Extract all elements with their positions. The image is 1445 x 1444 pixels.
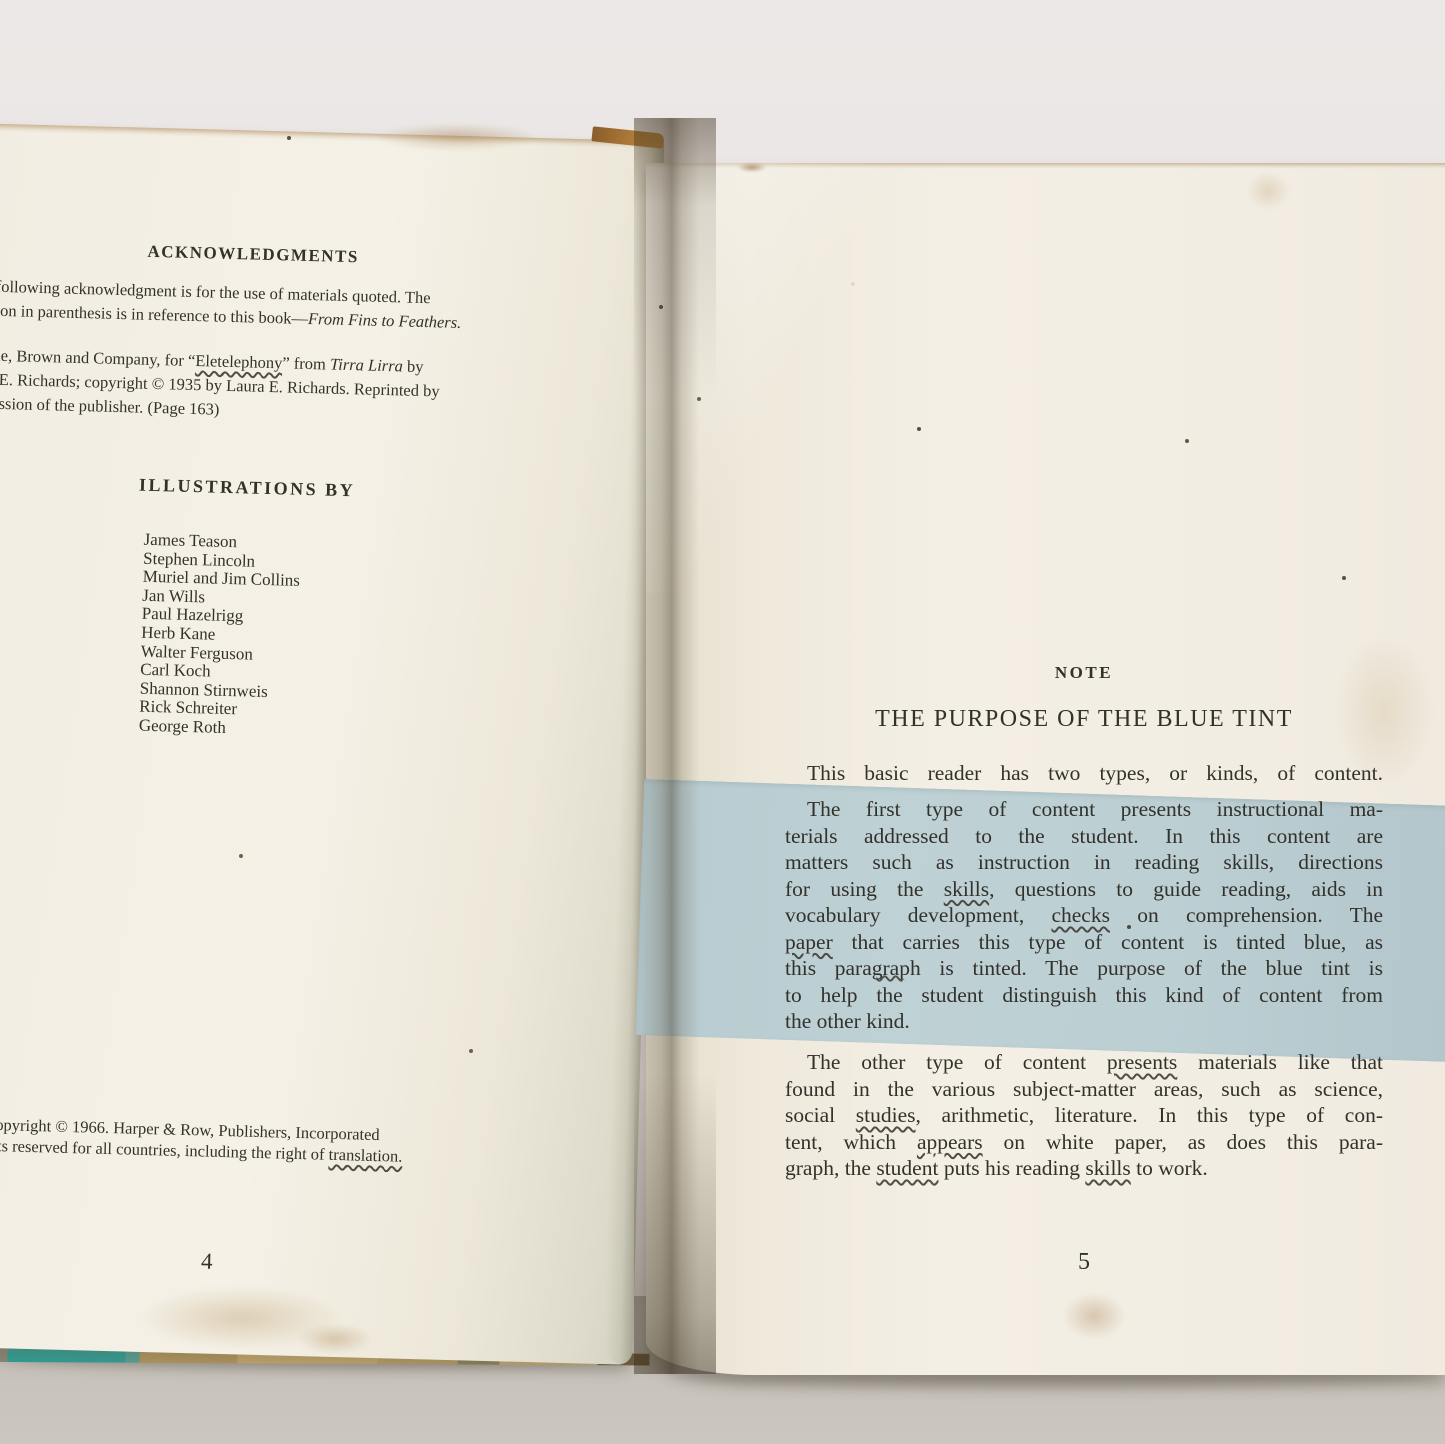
- text-segment: mission of the publisher. (Page 163): [0, 393, 220, 418]
- left-page: ACKNOWLEDGMENTS e following acknowledgme…: [0, 123, 664, 1364]
- text-line: found in the various subject-matter area…: [785, 1076, 1383, 1103]
- text-segment: by: [403, 356, 424, 376]
- text-line: this paragraph is tinted. The purpose of…: [785, 955, 1383, 982]
- left-page-content: ACKNOWLEDGMENTS e following acknowledgme…: [0, 123, 664, 1364]
- pencil-marked-text: studies: [856, 1103, 916, 1127]
- illustrators-list: James TeasonStephen LincolnMuriel and Ji…: [139, 531, 302, 740]
- text-segment: vocabulary development,: [785, 903, 1051, 927]
- text-segment: student distinguish this kind of content…: [903, 983, 1383, 1007]
- text-segment: the other kind.: [785, 1009, 910, 1033]
- text-segment: The other type of content: [807, 1050, 1107, 1074]
- text-segment: materials like that: [1177, 1050, 1383, 1074]
- text-line: The other type of content presents mater…: [785, 1049, 1383, 1076]
- text-line: the other kind.: [785, 1008, 1383, 1035]
- text-line: paper that carries this type of content …: [785, 929, 1383, 956]
- pencil-marked-text: checks: [1051, 903, 1110, 927]
- pencil-marked-text: presents: [1107, 1050, 1177, 1074]
- credit-paragraph: ittle, Brown and Company, for “Eleteleph…: [0, 343, 441, 427]
- text-segment: to help: [785, 983, 876, 1007]
- text-line: for using the skills, questions to guide…: [785, 876, 1383, 903]
- text-line: terials addressed to the student. In thi…: [785, 823, 1383, 850]
- text-segment: tent, which: [785, 1130, 917, 1154]
- text-segment: on comprehension. The: [1110, 903, 1383, 927]
- acknowledgment-paragraph: e following acknowledgment is for the us…: [0, 274, 462, 334]
- pencil-marked-text: student: [876, 1156, 938, 1180]
- blue-tint-paragraph: The first type of content presents instr…: [785, 796, 1383, 1035]
- right-page: NOTE THE PURPOSE OF THE BLUE TINT This b…: [646, 163, 1445, 1375]
- text-segment: , arithmetic, literature. In this type o…: [916, 1103, 1383, 1127]
- text-line: tent, which appears on white paper, as d…: [785, 1129, 1383, 1156]
- page-title: THE PURPOSE OF THE BLUE TINT: [785, 706, 1383, 733]
- page-number-right: 5: [785, 1249, 1383, 1276]
- intro-paragraph: This basic reader has two types, or kind…: [785, 760, 1383, 787]
- text-line: to help the student distinguish this kin…: [785, 982, 1383, 1009]
- pencil-marked-text: skills: [1085, 1156, 1130, 1180]
- text-segment: This basic reader has two types, or kind…: [807, 761, 1383, 785]
- text-segment: terials addressed to the student. In thi…: [785, 824, 1383, 848]
- pencil-marked-text: paper: [785, 930, 833, 954]
- text-segment: that carries this type of content is tin…: [833, 930, 1383, 954]
- text-segment: graph, the: [785, 1156, 876, 1180]
- text-segment: social: [785, 1103, 856, 1127]
- text-segment: matters such as instruction in reading s…: [785, 850, 1383, 874]
- text-segment: , questions to guide reading, aids in: [989, 877, 1383, 901]
- pencil-marked-text: skills: [944, 877, 989, 901]
- text-segment: on white paper, as does this para-: [983, 1130, 1383, 1154]
- text-segment: From Fins to Feathers.: [308, 309, 462, 332]
- text-line: The first type of content presents instr…: [785, 796, 1383, 823]
- pencil-marked-text: appears: [917, 1130, 983, 1154]
- text-segment: to work.: [1131, 1156, 1208, 1180]
- text-line: graph, the student puts his reading skil…: [785, 1155, 1383, 1182]
- illustrator-name: George Roth: [139, 717, 297, 740]
- text-segment: Tirra Lirra: [330, 355, 403, 376]
- text-segment: ” from: [282, 353, 330, 373]
- note-label: NOTE: [785, 660, 1383, 687]
- text-segment: this paragraph is tinted. The purpose of…: [785, 956, 1383, 980]
- text-segment: for using the: [785, 877, 944, 901]
- open-book-photo: ACKNOWLEDGMENTS e following acknowledgme…: [0, 0, 1445, 1444]
- white-paper-paragraph: The other type of content presents mater…: [785, 1049, 1383, 1182]
- text-line: vocabulary development, checks on compre…: [785, 902, 1383, 929]
- text-line: matters such as instruction in reading s…: [785, 849, 1383, 876]
- copyright-paragraph: Copyright © 1966. Harper & Row, Publishe…: [0, 1113, 403, 1167]
- acknowledgments-heading: ACKNOWLEDGMENTS: [0, 235, 523, 273]
- pencil-marked-text: Eletelephony: [195, 351, 283, 372]
- illustrations-heading: ILLUSTRATIONS BY: [0, 468, 517, 506]
- text-segment: The first type of content presents instr…: [807, 797, 1383, 821]
- text-line: This basic reader has two types, or kind…: [785, 760, 1383, 787]
- text-segment: ittle, Brown and Company, for “: [0, 345, 196, 370]
- foxing-specks: [0, 0, 2, 2]
- text-segment: puts his reading: [938, 1156, 1085, 1180]
- pencil-marked-text: translation.: [328, 1145, 402, 1166]
- text-segment: found in the various subject-matter area…: [785, 1077, 1383, 1101]
- text-line: social studies, arithmetic, literature. …: [785, 1102, 1383, 1129]
- pencil-marked-text: the: [876, 983, 902, 1007]
- page-number-left: 4: [0, 1243, 457, 1280]
